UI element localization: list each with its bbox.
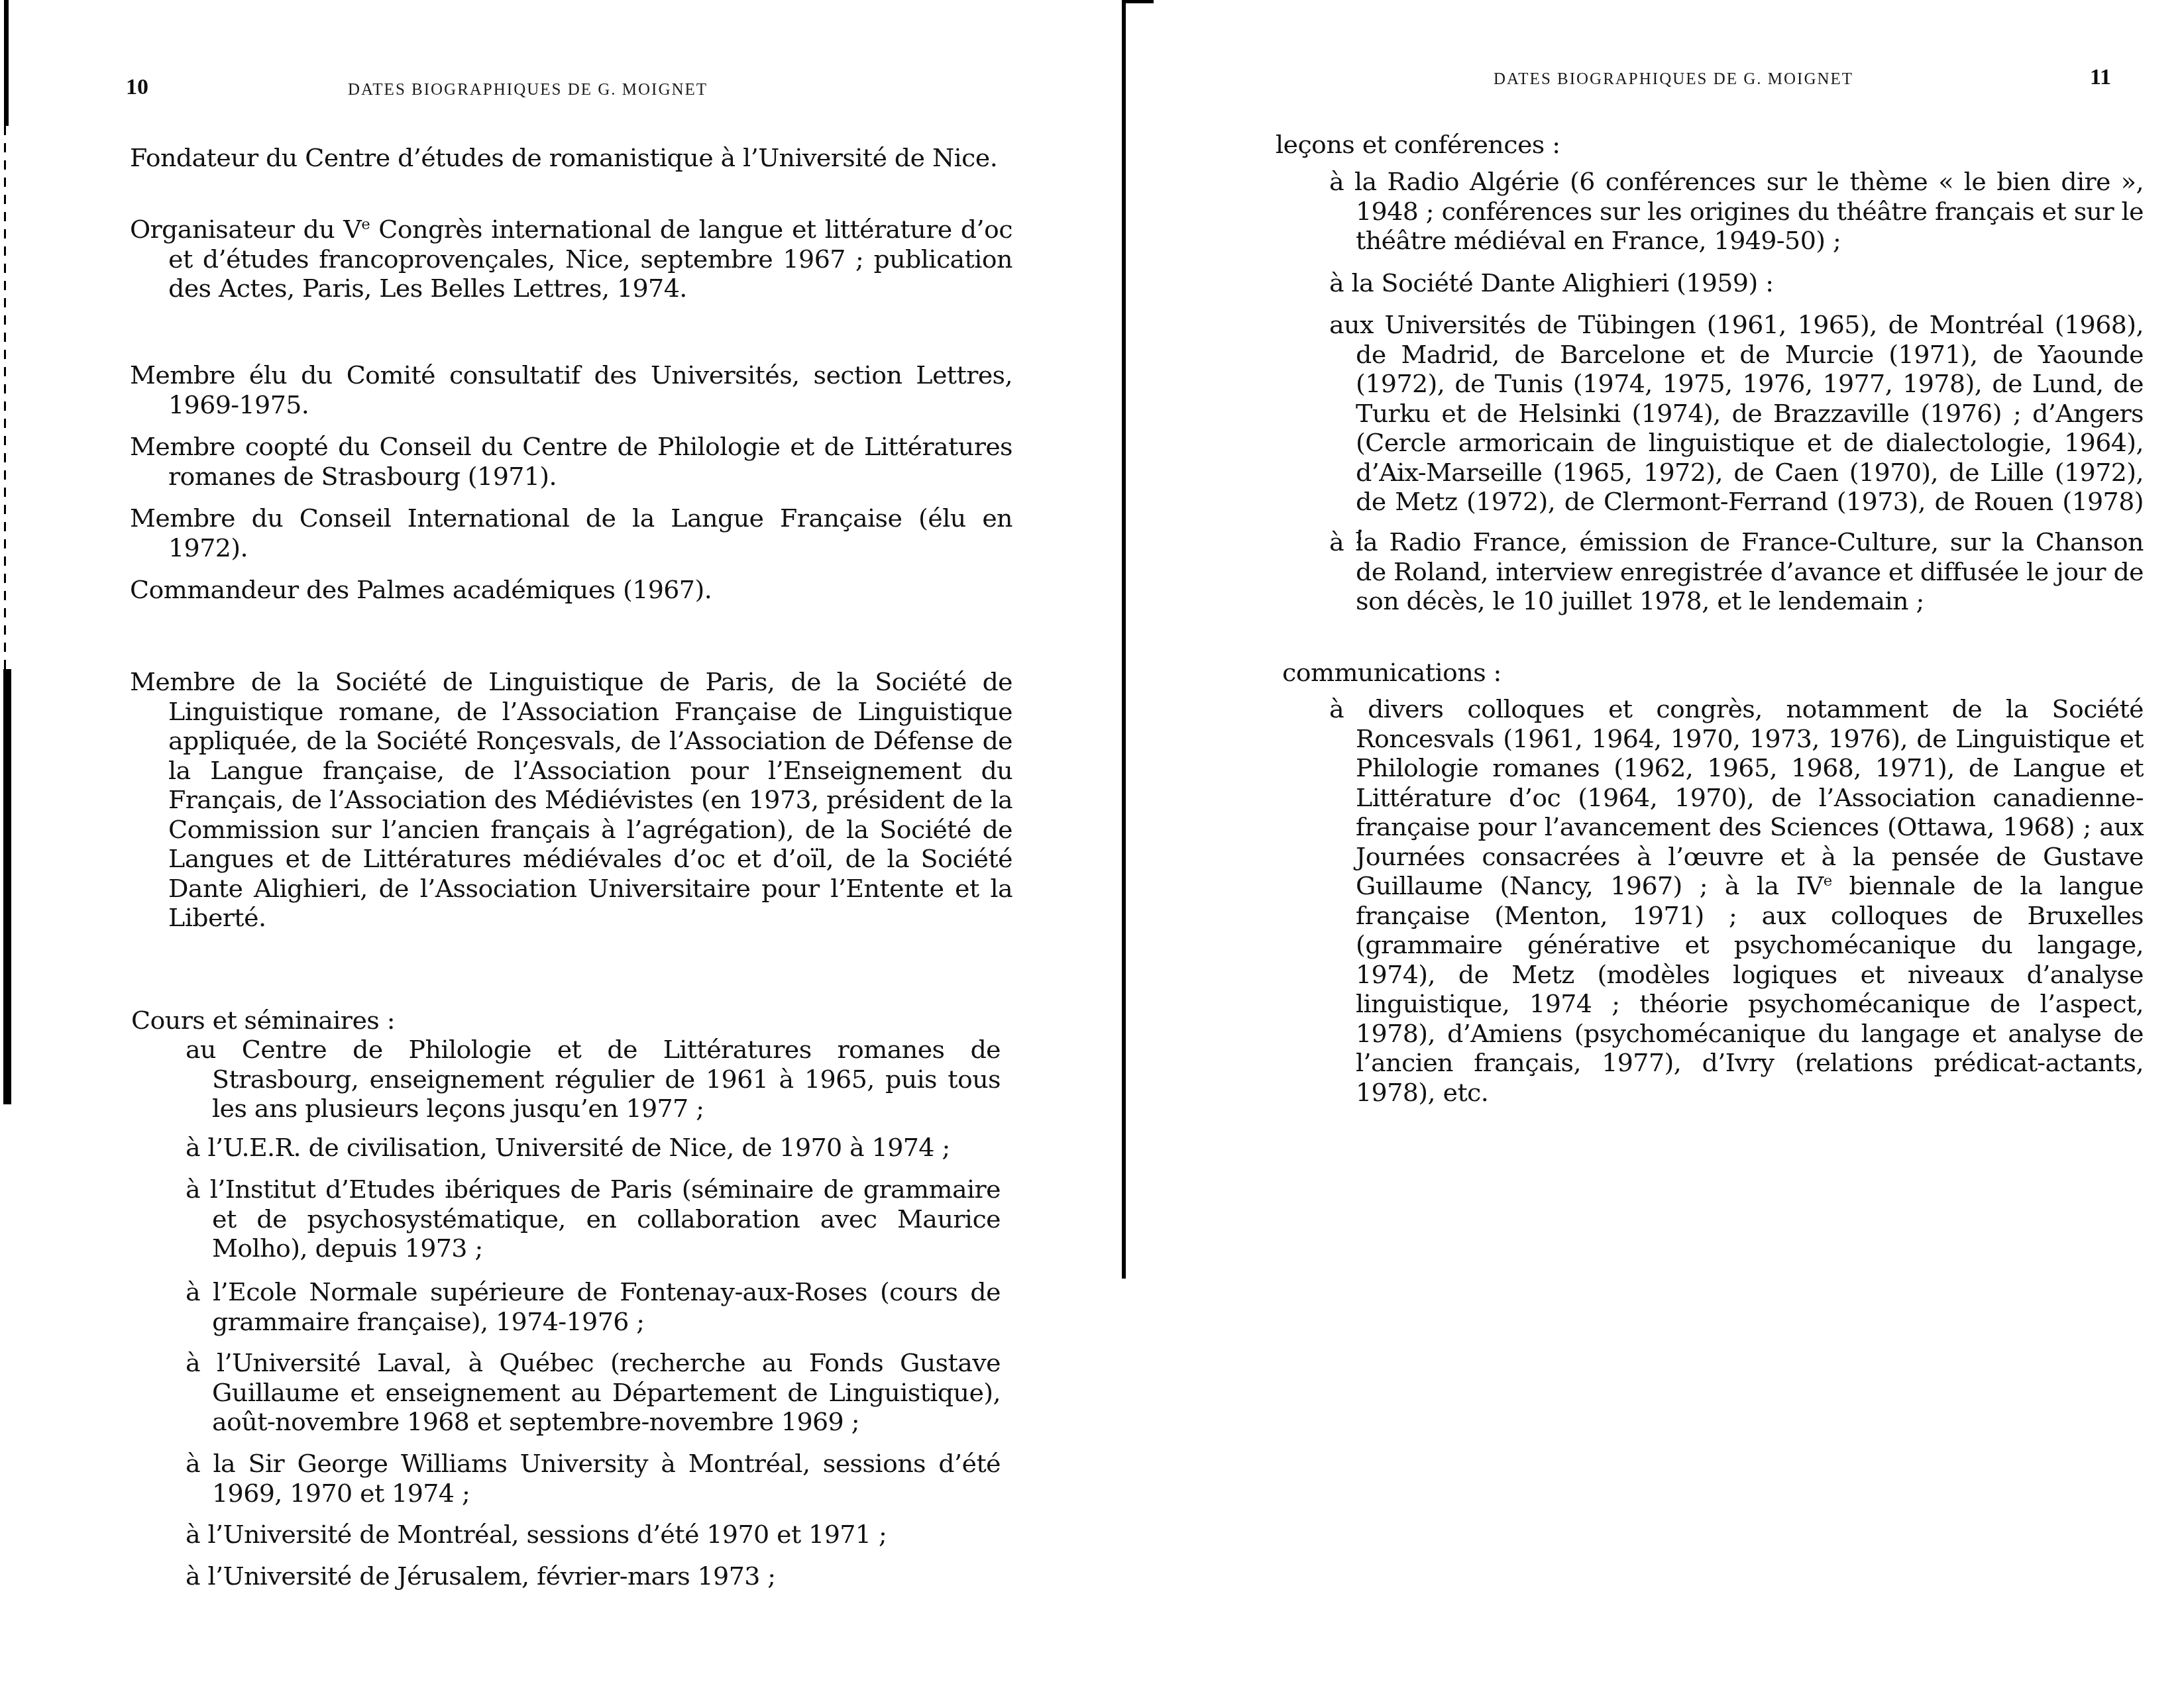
entry-membre-conseil: Membre du Conseil International de la La…	[130, 503, 1012, 562]
cours-item: au Centre de Philologie et de Littératur…	[186, 1035, 1001, 1124]
cours-item: à l’Institut d’Etudes ibériques de Paris…	[186, 1175, 1001, 1263]
entry-text: Membre de la Société de Linguistique de …	[168, 667, 1012, 933]
entry-fondateur: Fondateur du Centre d’études de romanist…	[130, 143, 1012, 173]
lecons-item: à la Société Dante Alighieri (1959) :	[1329, 268, 2144, 298]
section-label-lecons: leçons et conférences :	[1276, 130, 1872, 160]
cours-item: à l’Ecole Normale supérieure de Fontenay…	[186, 1277, 1001, 1336]
communications-item: à divers colloques et congrès, notamment…	[1329, 694, 2144, 1107]
entry-text: Membre coopté du Conseil du Centre de Ph…	[168, 432, 1012, 491]
entry-text: Organisateur du Ve Congrès international…	[168, 215, 1012, 303]
entry-membre-coopte: Membre coopté du Conseil du Centre de Ph…	[130, 432, 1012, 491]
cours-item: à l’Université de Jérusalem, février-mar…	[186, 1561, 1001, 1591]
running-header: DATES BIOGRAPHIQUES DE G. MOIGNET	[1494, 70, 1853, 89]
cours-item: à l’U.E.R. de civilisation, Université d…	[186, 1133, 1001, 1163]
page-number: 10	[126, 75, 148, 100]
entry-organisateur: Organisateur du Ve Congrès international…	[130, 215, 1012, 303]
entry-text: Fondateur du Centre d’études de romanist…	[168, 143, 1012, 173]
entry-commandeur: Commandeur des Palmes académiques (1967)…	[130, 575, 1012, 605]
cours-item: à la Sir George Williams University à Mo…	[186, 1449, 1001, 1508]
page-number: 11	[2090, 65, 2111, 90]
cours-item: à l’Université Laval, à Québec (recherch…	[186, 1348, 1001, 1437]
left-page: 10 DATES BIOGRAPHIQUES DE G. MOIGNET Fon…	[0, 0, 1100, 1684]
entry-text: Commandeur des Palmes académiques (1967)…	[168, 575, 1012, 605]
entry-membre-comite: Membre élu du Comité consultatif des Uni…	[130, 360, 1012, 419]
lecons-item: à la Radio France, émission de France-Cu…	[1329, 527, 2144, 616]
entry-membre-societes: Membre de la Société de Linguistique de …	[130, 667, 1012, 933]
lecons-item: à la Radio Algérie (6 conférences sur le…	[1329, 167, 2144, 256]
section-label-cours: Cours et séminaires :	[131, 1006, 794, 1035]
right-page: DATES BIOGRAPHIQUES DE G. MOIGNET 11 leç…	[1113, 0, 2184, 1684]
running-header: DATES BIOGRAPHIQUES DE G. MOIGNET	[348, 81, 708, 99]
lecons-item: aux Universités de Tübingen (1961, 1965)…	[1329, 310, 2144, 546]
entry-text: Membre du Conseil International de la La…	[168, 503, 1012, 562]
cours-item: à l’Université de Montréal, sessions d’é…	[186, 1520, 1001, 1550]
section-label-communications: communications :	[1282, 658, 1879, 688]
entry-text: Membre élu du Comité consultatif des Uni…	[168, 360, 1012, 419]
